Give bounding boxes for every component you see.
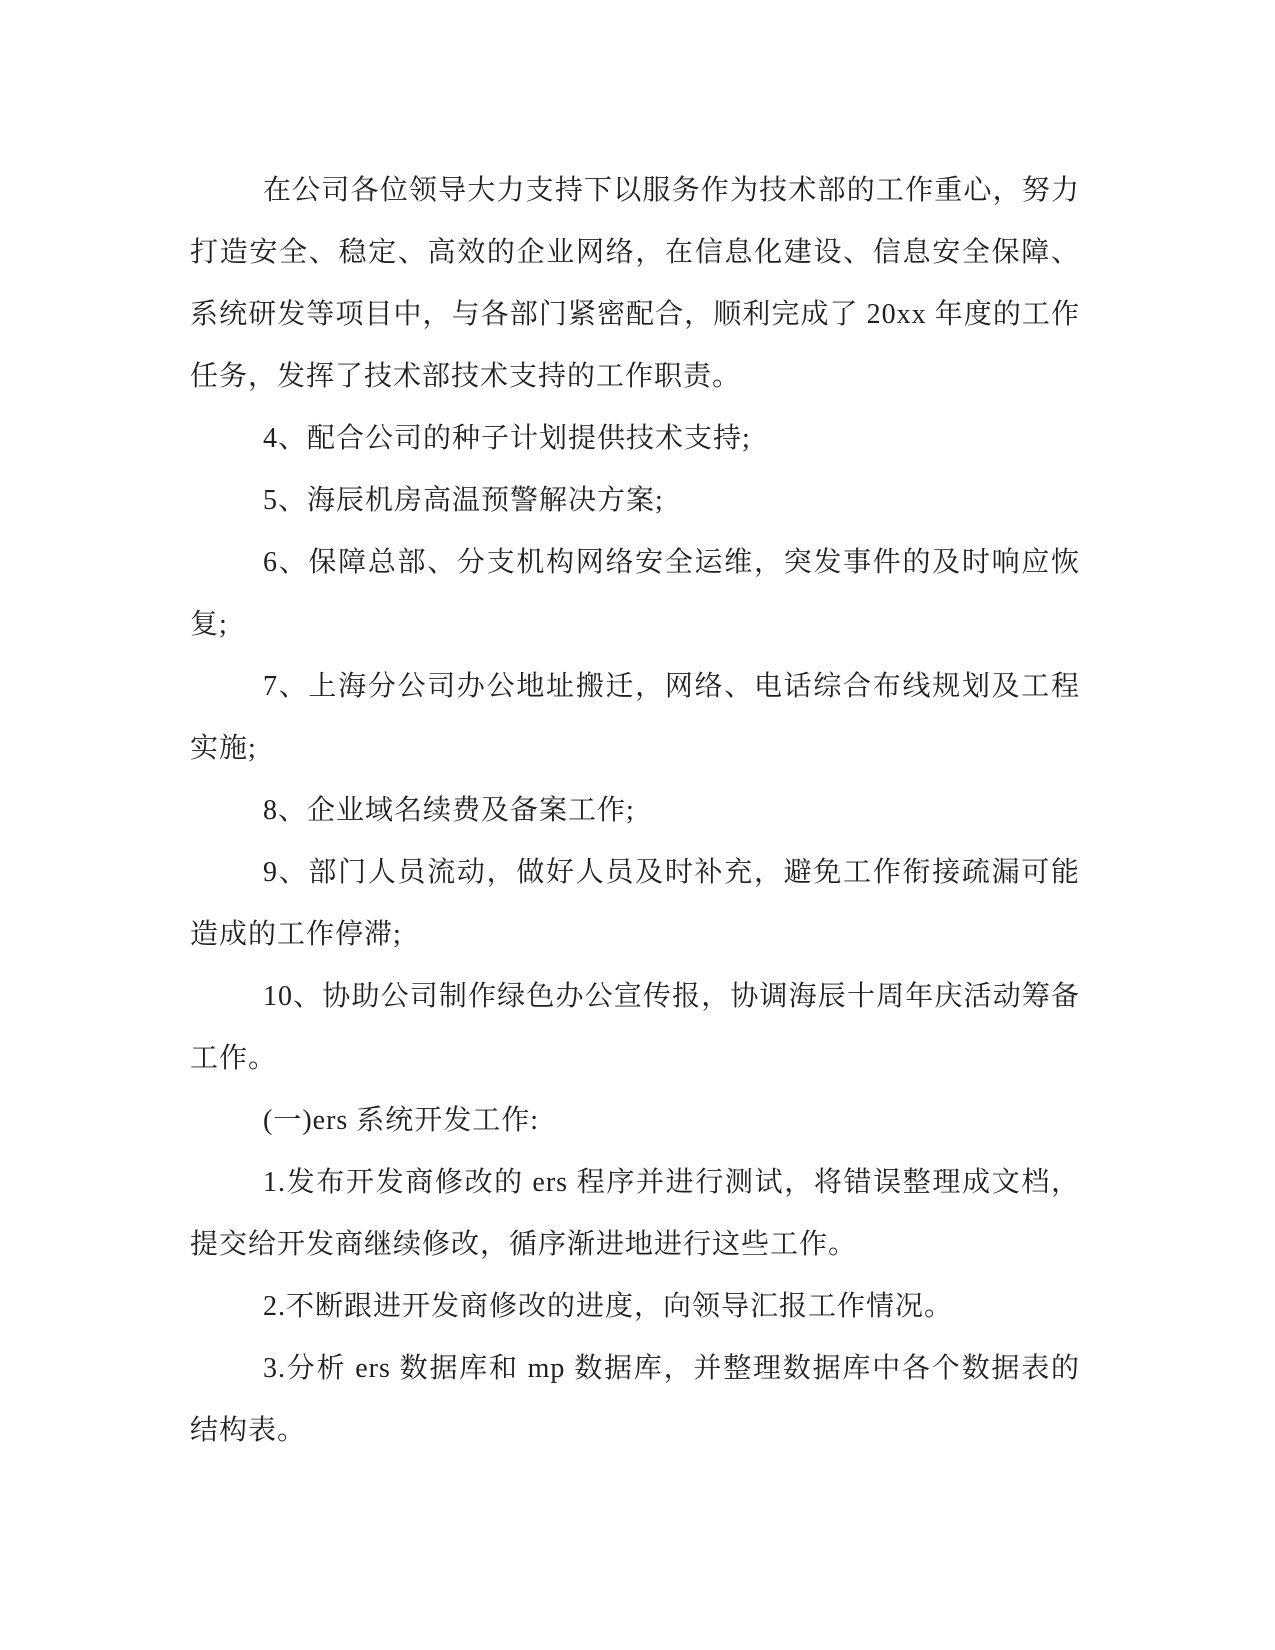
list-item-4: 4、配合公司的种子计划提供技术支持; bbox=[190, 408, 1080, 470]
list-item-7: 7、上海分公司办公地址搬迁，网络、电话综合布线规划及工程实施; bbox=[190, 656, 1080, 780]
document-body: 在公司各位领导大力支持下以服务作为技术部的工作重心，努力打造安全、稳定、高效的企… bbox=[190, 160, 1080, 1462]
task-item-2: 2.不断跟进开发商修改的进度，向领导汇报工作情况。 bbox=[190, 1276, 1080, 1338]
list-item-6: 6、保障总部、分支机构网络安全运维，突发事件的及时响应恢复; bbox=[190, 532, 1080, 656]
intro-paragraph: 在公司各位领导大力支持下以服务作为技术部的工作重心，努力打造安全、稳定、高效的企… bbox=[190, 160, 1080, 408]
task-item-1: 1.发布开发商修改的 ers 程序并进行测试，将错误整理成文档，提交给开发商继续… bbox=[190, 1152, 1080, 1276]
list-item-10: 10、协助公司制作绿色办公宣传报，协调海辰十周年庆活动筹备工作。 bbox=[190, 966, 1080, 1090]
list-item-9: 9、部门人员流动，做好人员及时补充，避免工作衔接疏漏可能造成的工作停滞; bbox=[190, 842, 1080, 966]
list-item-8: 8、企业域名续费及备案工作; bbox=[190, 780, 1080, 842]
list-item-5: 5、海辰机房高温预警解决方案; bbox=[190, 470, 1080, 532]
section-heading-ers-development: (一)ers 系统开发工作: bbox=[190, 1090, 1080, 1152]
task-item-3: 3.分析 ers 数据库和 mp 数据库，并整理数据库中各个数据表的结构表。 bbox=[190, 1338, 1080, 1462]
document-page: 在公司各位领导大力支持下以服务作为技术部的工作重心，努力打造安全、稳定、高效的企… bbox=[0, 0, 1275, 1650]
